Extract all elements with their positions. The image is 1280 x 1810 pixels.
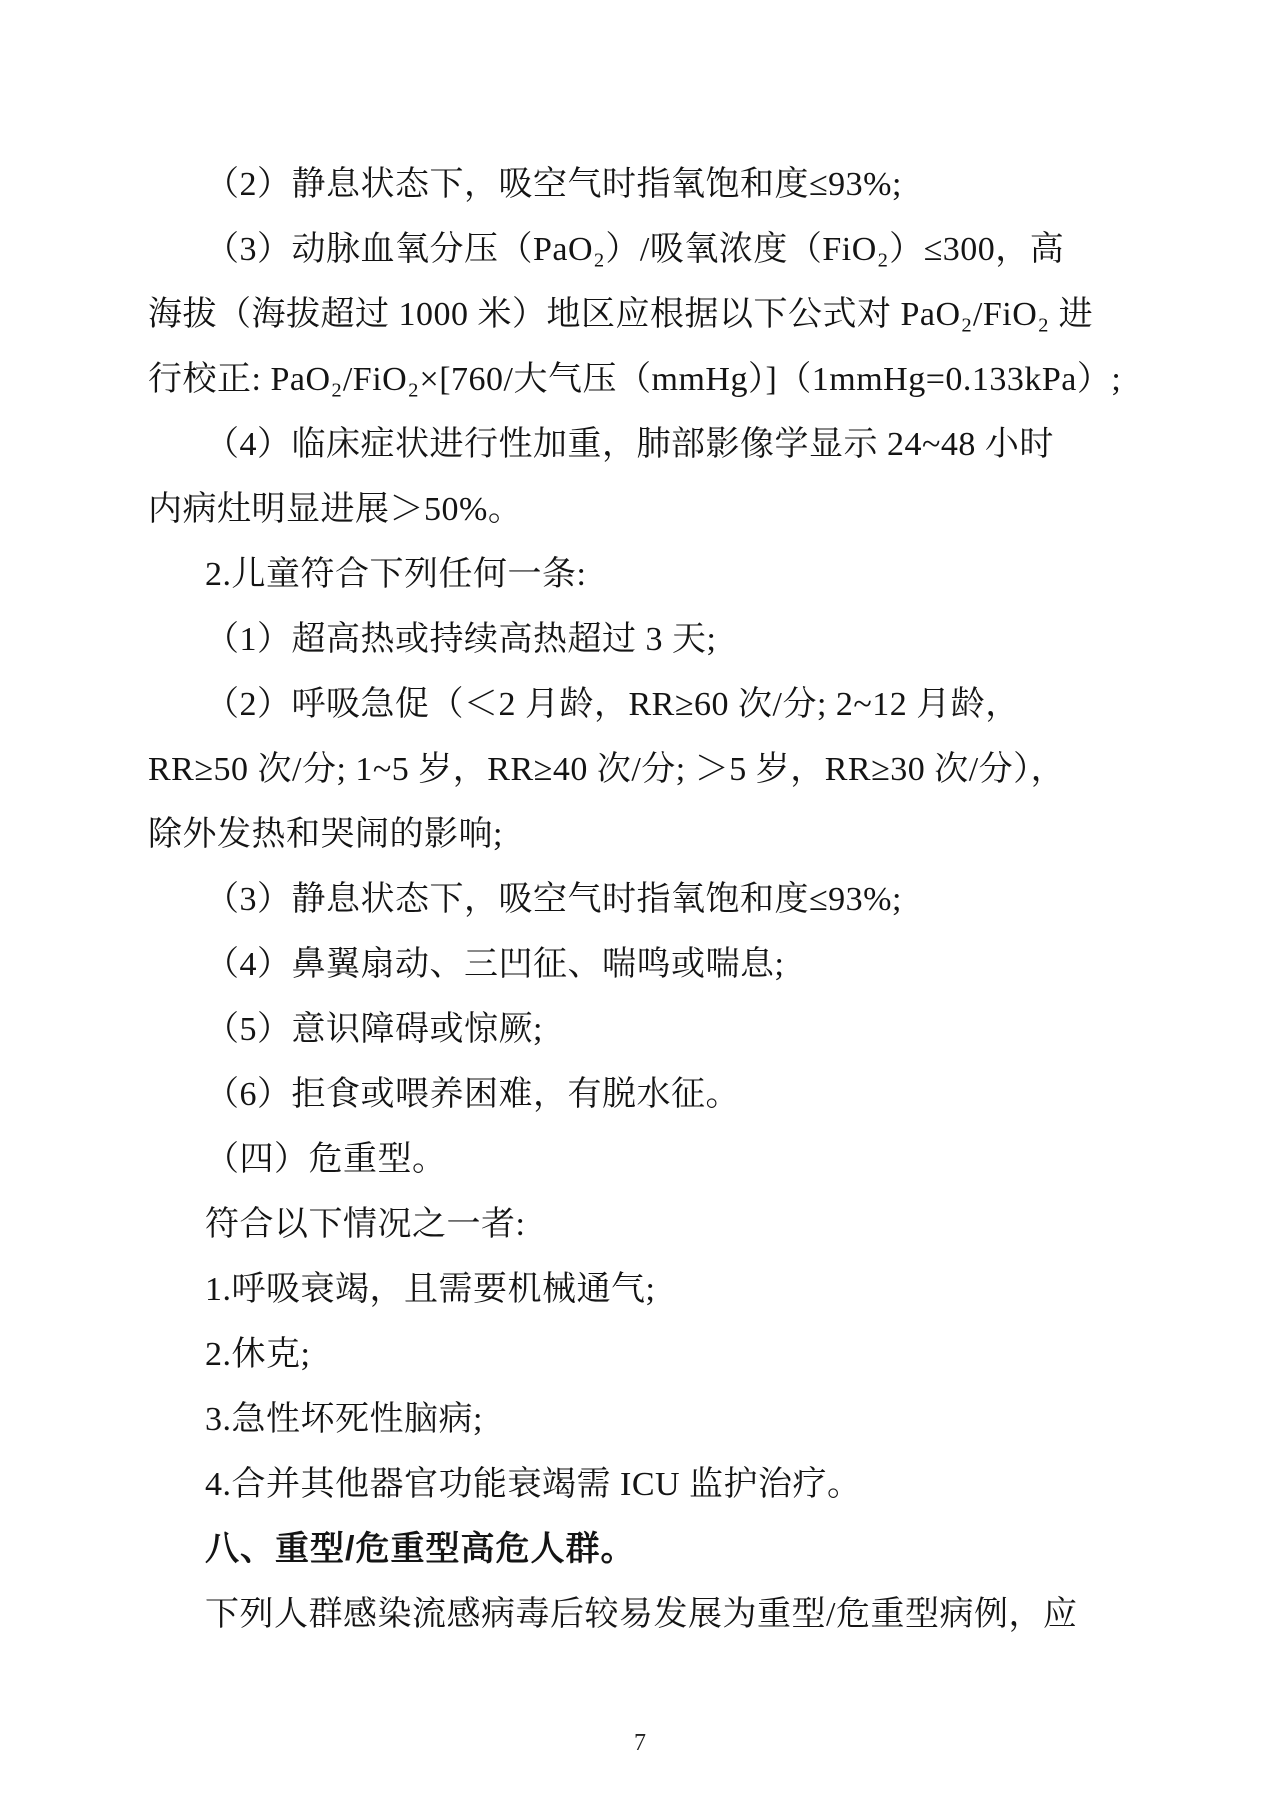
section-heading: 八、重型/危重型高危人群。 [148,1517,980,1582]
text-line: 海拔（海拔超过 1000 米）地区应根据以下公式对 PaO₂/FiO₂ 进 [148,282,980,347]
text-line: RR≥50 次/分; 1~5 岁，RR≥40 次/分; ＞5 岁，RR≥30 次… [148,737,980,802]
text-line: （2）呼吸急促（＜2 月龄，RR≥60 次/分; 2~12 月龄， [148,672,980,737]
text-line: （2）静息状态下，吸空气时指氧饱和度≤93%; [148,152,980,217]
document-body: （2）静息状态下，吸空气时指氧饱和度≤93%;（3）动脉血氧分压（PaO₂）/吸… [148,152,980,1647]
text-line: 1.呼吸衰竭，且需要机械通气; [148,1257,980,1322]
text-line: （4）临床症状进行性加重，肺部影像学显示 24~48 小时 [148,412,980,477]
text-line: （3）动脉血氧分压（PaO₂）/吸氧浓度（FiO₂）≤300，高 [148,217,980,282]
text-line: （3）静息状态下，吸空气时指氧饱和度≤93%; [148,867,980,932]
text-line: 内病灶明显进展＞50%。 [148,477,980,542]
text-line: 符合以下情况之一者: [148,1192,980,1257]
text-line: 行校正: PaO₂/FiO₂×[760/大气压（mmHg）]（1mmHg=0.1… [148,347,980,412]
text-line: （四）危重型。 [148,1127,980,1192]
text-line: （5）意识障碍或惊厥; [148,997,980,1062]
page-number: 7 [0,1728,1280,1758]
text-line: 2.儿童符合下列任何一条: [148,542,980,607]
text-line: （1）超高热或持续高热超过 3 天; [148,607,980,672]
text-line: （6）拒食或喂养困难，有脱水征。 [148,1062,980,1127]
text-line: （4）鼻翼扇动、三凹征、喘鸣或喘息; [148,932,980,997]
document-page: （2）静息状态下，吸空气时指氧饱和度≤93%;（3）动脉血氧分压（PaO₂）/吸… [0,0,1280,1810]
text-line: 下列人群感染流感病毒后较易发展为重型/危重型病例，应 [148,1582,980,1647]
text-line: 2.休克; [148,1322,980,1387]
text-line: 4.合并其他器官功能衰竭需 ICU 监护治疗。 [148,1452,980,1517]
text-line: 3.急性坏死性脑病; [148,1387,980,1452]
text-line: 除外发热和哭闹的影响; [148,802,980,867]
